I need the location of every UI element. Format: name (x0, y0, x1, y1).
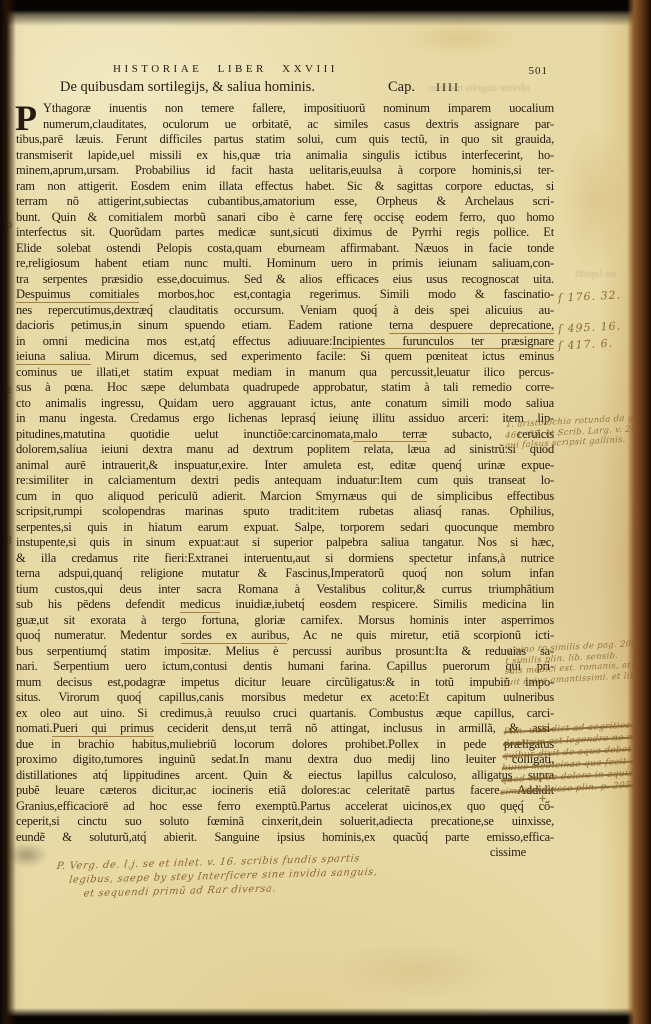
text-line: transmiserit lapide,uel missili ex his,q… (16, 148, 554, 164)
text-line: quoq́ numeratur. Medentur sordes ex auri… (16, 628, 554, 644)
text-line: terram nõ attigerint,subiectas cubantibu… (16, 194, 554, 210)
page-edge-top (0, 0, 651, 26)
text-line: Despuimus comitiales morbos,hoc est,cont… (16, 287, 554, 303)
text-line: ram non attigerit. Eosdem enim illata ef… (16, 179, 554, 195)
text-line: tra serpentes præsidio esse,docuimus. Se… (16, 272, 554, 288)
chapter-cap-label: Cap. (388, 79, 415, 96)
paper-stain (560, 120, 630, 280)
ink-underlined-text: Pueri qui primus (52, 721, 153, 737)
text-line: due in brachio habitus,muliebriũ locorum… (16, 737, 554, 753)
text-line: terna adspui,quanq́ religione mutatur & … (16, 566, 554, 582)
margin-section-ref: ſ 417. 6. (558, 337, 614, 353)
running-header-row: HISTORIAE LIBER XXVIII 501 (18, 63, 554, 77)
text-line: sub his pēdens defendit medicus inuidiæ,… (16, 597, 554, 613)
text-line: ceperit,si cinctu suo soluto fœminã cinx… (16, 814, 554, 830)
text-line: instupente,si quis in sinum expuat:aut s… (16, 535, 554, 551)
text-line: distillationes atq́ lippitudines arcent.… (16, 768, 554, 784)
page-number: 501 (529, 65, 549, 77)
text-line: serpentes,si quis in hiatum earum expuat… (16, 520, 554, 536)
ink-underlined-text: sordes ex auribus (181, 628, 287, 644)
text-line: nomati.Pueri qui primus ceciderit dens,u… (16, 721, 554, 737)
ink-underlined-text: Incipientes furunculos ter præsignare (332, 334, 554, 350)
text-line: dacioris petimus,in sinum spuendo etiam.… (16, 318, 554, 334)
text-line: cum in quo aliquod periculũ adierit. Mar… (16, 489, 554, 505)
text-line: sus à pœna. Hoc sæpe delumbata quadruped… (16, 380, 554, 396)
text-line: interfectus sit. Quorũdam partes medicæ … (16, 225, 554, 241)
margin-plus-mark: +. (538, 792, 551, 805)
text-line: re:similiter in calciamentum dextri pedi… (16, 473, 554, 489)
text-line: pubẽ leuare cæteros dicitur,ac iocineris… (16, 783, 554, 799)
text-line: mum decisus est,podagræ impetus dicitur … (16, 675, 554, 691)
ink-underlined-text: medicus (180, 597, 220, 613)
text-line: dolorem,saliua ieiuni dextra manu ad dex… (16, 442, 554, 458)
chapter-title: De quibusdam sortilegijs, & saliua homin… (60, 79, 315, 96)
show-through-ghost: no lapidū (575, 268, 616, 280)
text-line: Granius,efficaciorē ad hoc esse ferro ex… (16, 799, 554, 815)
text-line: Elide solebat ostendi Pelopis costa,quam… (16, 241, 554, 257)
page-fore-edge (627, 0, 651, 1024)
book-page: HISTORIAE LIBER XXVIII 501 De quibusdam … (0, 0, 651, 1024)
margin-section-ref: ſ 495. 16. (558, 319, 622, 335)
text-line: animal aurē intrauerit,& inspuatur,exire… (16, 458, 554, 474)
text-line: situs. Virorum quoq́ capillus,canis mors… (16, 690, 554, 706)
ink-underlined-text: malo terræ (353, 427, 427, 443)
text-line: cominus ue illati,et statim expuat media… (16, 365, 554, 381)
text-line: & illa credamus rite fieri:Extranei inte… (16, 551, 554, 567)
ink-underlined-text: terna despuere deprecatione, (389, 318, 554, 334)
text-line: cto animalis ingressu, Quidam uero aggra… (16, 396, 554, 412)
ink-underlined-text: Despuimus comitiales (16, 287, 139, 303)
text-line: tibus,parē læuis. Ferunt difficiles part… (16, 132, 554, 148)
text-line: re,religiosum habent etiam nunc multi. H… (16, 256, 554, 272)
text-line: scripsit,rumpi scolopendras marinas sput… (16, 504, 554, 520)
text-line: tium custos,qui deus inter sacra Romana … (16, 582, 554, 598)
text-line: guæ,ut sit exorata à tergo fortuna, glor… (16, 613, 554, 629)
page-edge-bottom (0, 1008, 651, 1024)
text-line: minem,aprum,ursam. Probabilius id facit … (16, 163, 554, 179)
text-line: bunt. Quin & comitialem morbũ sanari cib… (16, 210, 554, 226)
paper-stain (330, 940, 510, 1000)
text-line: bus serpentiumq́ statim impositæ. Melius… (16, 644, 554, 660)
text-line: ex oleo aut uino. Si credimus,à reuulso … (16, 706, 554, 722)
text-line: Ythagoræ inuentis non temere fallere, im… (16, 101, 554, 117)
text-line: numerum,clauditates, oculorum ue orbitat… (16, 117, 554, 133)
text-line: nari. Serpentium uero ictum,contusi dent… (16, 659, 554, 675)
page-gutter-edge (0, 0, 16, 1024)
text-line: eundẽ & soluturũ,atq́ abierit. Sanguine … (16, 830, 554, 846)
text-line: in omni medicina mos est,atq́ effectus a… (16, 334, 554, 350)
text-line: pitudines,matutina quotidie uelut inunct… (16, 427, 554, 443)
bottom-handwritten-note: P. Verg. de. l.j. se et inlet. v. 16. sc… (53, 852, 380, 903)
running-header: HISTORIAE LIBER XXVIII (113, 63, 338, 75)
margin-section-ref: ſ 176. 32. (558, 288, 622, 304)
body-text-block: Ythagoræ inuentis non temere fallere, im… (16, 101, 554, 861)
text-line: ieiuna saliua. Mirum dicemus, sed experi… (16, 349, 554, 365)
text-line: proximo digito,tumores inguinũ sedat.In … (16, 752, 554, 768)
text-line: nes repercutimus,dextræq́ clauditatis oc… (16, 303, 554, 319)
show-through-ghost: ofeime angelis medeun (428, 82, 530, 94)
text-line: in manu ingesta. Credamus ergo lichenas … (16, 411, 554, 427)
ink-underlined-text: ieiuna saliua. (16, 349, 91, 365)
